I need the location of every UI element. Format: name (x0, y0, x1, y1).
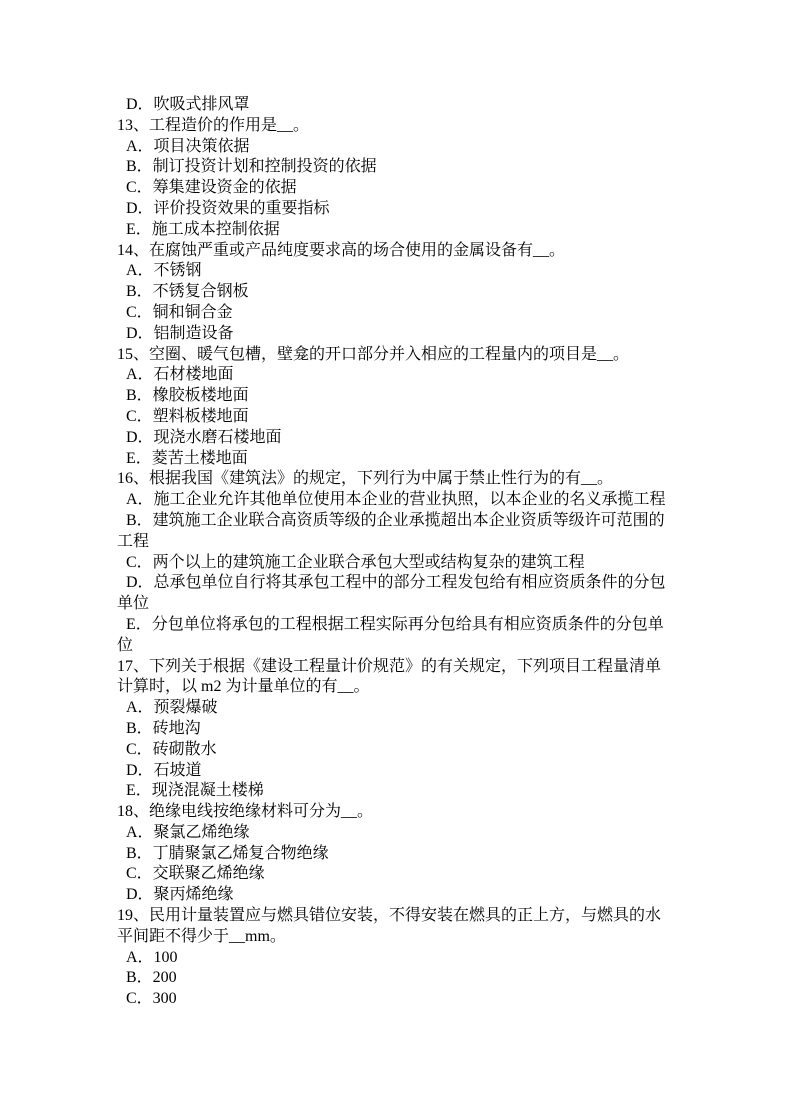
continuation-line: 平间距不得少于__mm。 (117, 927, 683, 948)
question-line: 17、下列关于根据《建设工程量计价规范》的有关规定，下列项目工程量清单 (117, 657, 683, 678)
option-line: E．现浇混凝土楼梯 (117, 781, 683, 802)
option-line: E．菱苦土楼地面 (117, 449, 683, 470)
option-line: A．100 (117, 948, 683, 969)
option-line: A．不锈钢 (117, 261, 683, 282)
option-line: B．200 (117, 968, 683, 989)
question-line: 14、在腐蚀严重或产品纯度要求高的场合使用的金属设备有__。 (117, 241, 683, 262)
option-line: A．施工企业允许其他单位使用本企业的营业执照，以本企业的名义承揽工程 (117, 490, 683, 511)
question-line: 15、空圈、暖气包槽，壁龛的开口部分并入相应的工程量内的项目是__。 (117, 345, 683, 366)
option-line: A．石材楼地面 (117, 365, 683, 386)
option-line: C．塑料板楼地面 (117, 407, 683, 428)
option-line: C．两个以上的建筑施工企业联合承包大型或结构复杂的建筑工程 (117, 553, 683, 574)
continuation-line: 单位 (117, 594, 683, 615)
option-line: A．项目决策依据 (117, 137, 683, 158)
question-line: 16、根据我国《建筑法》的规定，下列行为中属于禁止性行为的有__。 (117, 469, 683, 490)
option-line: B．橡胶板楼地面 (117, 386, 683, 407)
option-line: B．丁腈聚氯乙烯复合物绝缘 (117, 844, 683, 865)
option-line: A．预裂爆破 (117, 698, 683, 719)
option-line: B．砖地沟 (117, 719, 683, 740)
option-line: D．石坡道 (117, 761, 683, 782)
document-page: D．吹吸式排风罩13、工程造价的作用是__。A．项目决策依据B．制订投资计划和控… (0, 0, 792, 1120)
exam-question-list: D．吹吸式排风罩13、工程造价的作用是__。A．项目决策依据B．制订投资计划和控… (117, 95, 683, 1010)
option-line: D．现浇水磨石楼地面 (117, 428, 683, 449)
option-line: C．铜和铜合金 (117, 303, 683, 324)
option-line: C．砖砌散水 (117, 740, 683, 761)
question-line: 19、民用计量装置应与燃具错位安装，不得安装在燃具的正上方，与燃具的水 (117, 906, 683, 927)
question-line: 18、绝缘电线按绝缘材料可分为__。 (117, 802, 683, 823)
option-line: D．吹吸式排风罩 (117, 95, 683, 116)
option-line: B．制订投资计划和控制投资的依据 (117, 157, 683, 178)
option-line: D．聚丙烯绝缘 (117, 885, 683, 906)
option-line: E．分包单位将承包的工程根据工程实际再分包给具有相应资质条件的分包单 (117, 615, 683, 636)
option-line: A．聚氯乙烯绝缘 (117, 823, 683, 844)
option-line: C．300 (117, 989, 683, 1010)
continuation-line: 工程 (117, 532, 683, 553)
option-line: B．建筑施工企业联合高资质等级的企业承揽超出本企业资质等级许可范围的 (117, 511, 683, 532)
option-line: D．铝制造设备 (117, 324, 683, 345)
option-line: D．评价投资效果的重要指标 (117, 199, 683, 220)
continuation-line: 位 (117, 636, 683, 657)
question-line: 13、工程造价的作用是__。 (117, 116, 683, 137)
option-line: C．筹集建设资金的依据 (117, 178, 683, 199)
continuation-line: 计算时，以 m2 为计量单位的有__。 (117, 677, 683, 698)
option-line: E．施工成本控制依据 (117, 220, 683, 241)
option-line: C．交联聚乙烯绝缘 (117, 864, 683, 885)
option-line: B．不锈复合钢板 (117, 282, 683, 303)
option-line: D．总承包单位自行将其承包工程中的部分工程发包给有相应资质条件的分包 (117, 573, 683, 594)
